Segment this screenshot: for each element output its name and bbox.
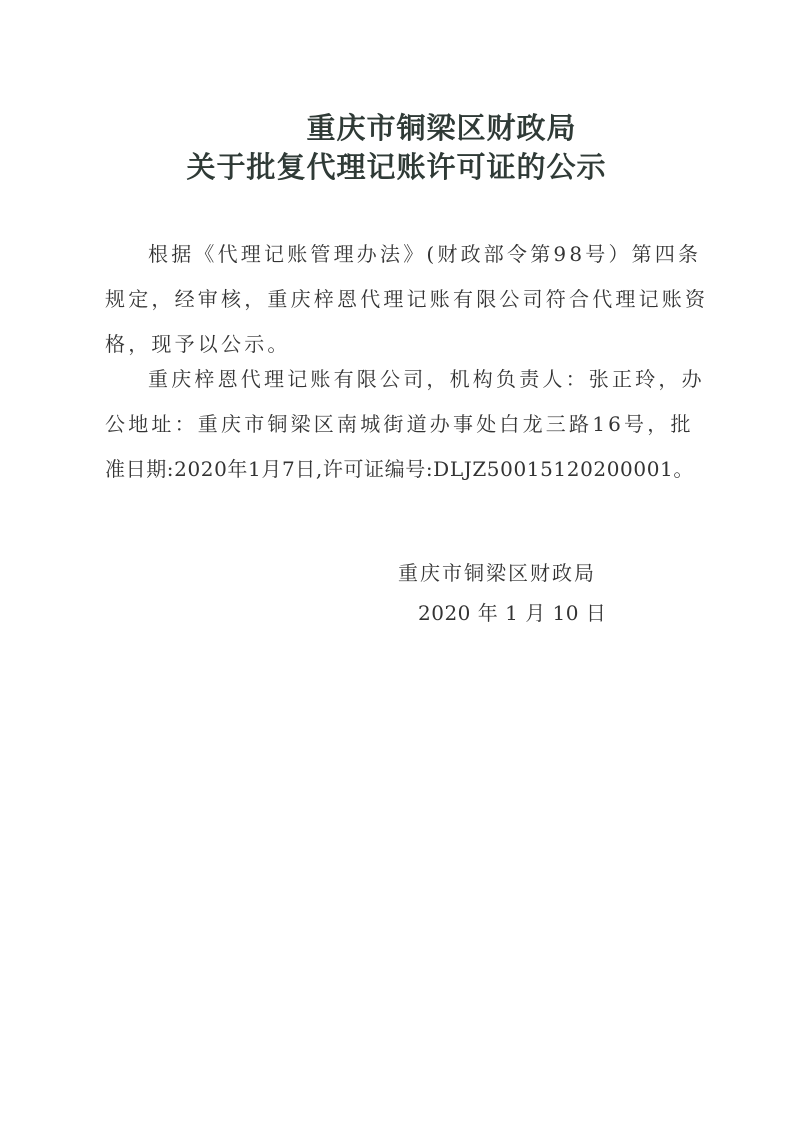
- paragraph-2-line-2: 公地址：重庆市铜梁区南城街道办事处白龙三路16号，批: [105, 408, 695, 437]
- paragraph-1-line-1: 根据《代理记账管理办法》(财政部令第98号）第四条: [148, 238, 738, 267]
- issuer-signature: 重庆市铜梁区财政局: [398, 557, 596, 586]
- title-line-2: 关于批复代理记账许可证的公示: [0, 145, 793, 186]
- title-line-1: 重庆市铜梁区财政局: [0, 106, 793, 147]
- issue-date: 2020 年 1 月 10 日: [418, 597, 606, 626]
- paragraph-2-line-3: 准日期:2020年1月7日,许可证编号:DLJZ50015120200001。: [105, 453, 695, 482]
- paragraph-1-line-3: 格，现予以公示。: [105, 328, 695, 357]
- paragraph-1-line-2: 规定，经审核，重庆梓恩代理记账有限公司符合代理记账资: [105, 283, 695, 312]
- paragraph-2-line-1: 重庆梓恩代理记账有限公司，机构负责人：张正玲，办: [148, 363, 738, 392]
